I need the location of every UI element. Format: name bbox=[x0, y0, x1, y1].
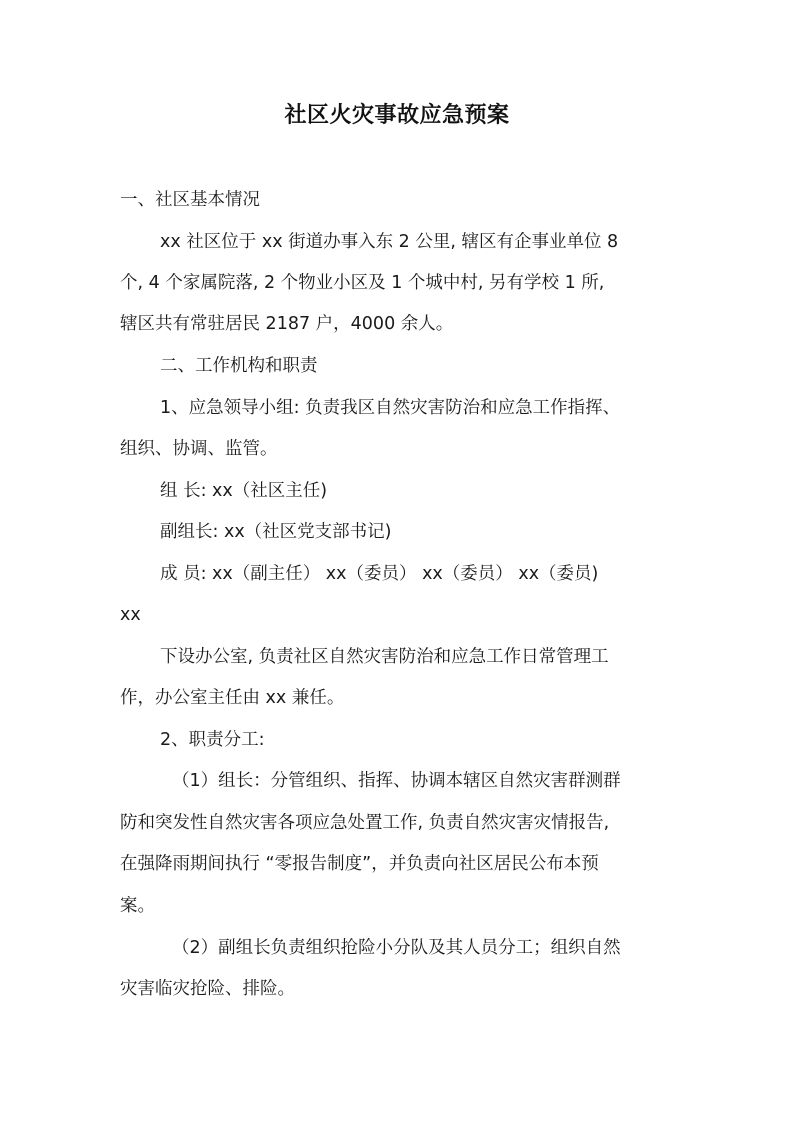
duty-item-2: （2）副组长负责组织抢险小分队及其人员分工；组织自然 bbox=[172, 936, 732, 960]
section-heading-basic-info: 一、社区基本情况 bbox=[120, 188, 680, 212]
paragraph-line: 防和突发性自然灾害各项应急处置工作, 负责自然灾害灾情报告, bbox=[120, 811, 680, 835]
members-line: 成 员: xx（副主任） xx（委员） xx（委员） xx（委员) bbox=[160, 562, 720, 586]
duty-item-1: （1）组长：分管组织、指挥、协调本辖区自然灾害群测群 bbox=[172, 769, 732, 793]
paragraph-line: 作，办公室主任由 xx 兼任。 bbox=[120, 686, 680, 710]
paragraph-line: 组织、协调、监管。 bbox=[120, 437, 680, 461]
document-page: 社区火灾事故应急预案 一、社区基本情况 xx 社区位于 xx 街道办事入东 2 … bbox=[0, 0, 794, 1123]
paragraph-line: 1、应急领导小组: 负责我区自然灾害防治和应急工作指挥、 bbox=[160, 396, 720, 420]
section-heading-organization: 二、工作机构和职责 bbox=[160, 354, 720, 378]
paragraph-line: 个, 4 个家属院落, 2 个物业小区及 1 个城中村, 另有学校 1 所, bbox=[120, 271, 680, 295]
members-line-continued: xx bbox=[120, 603, 680, 627]
paragraph-line: 下设办公室, 负责社区自然灾害防治和应急工作日常管理工 bbox=[160, 645, 720, 669]
subsection-heading-duties: 2、职责分工: bbox=[160, 728, 720, 752]
paragraph-line: 在强降雨期间执行 “零报告制度”，并负责向社区居民公布本预 bbox=[120, 852, 680, 876]
document-title: 社区火灾事故应急预案 bbox=[0, 98, 794, 129]
team-leader-line: 组 长: xx（社区主任) bbox=[160, 479, 720, 503]
paragraph-line: 灾害临灾抢险、排险。 bbox=[120, 977, 680, 1001]
deputy-leader-line: 副组长: xx（社区党支部书记) bbox=[160, 520, 720, 544]
paragraph-line: xx 社区位于 xx 街道办事入东 2 公里, 辖区有企事业单位 8 bbox=[160, 230, 720, 254]
paragraph-line: 案。 bbox=[120, 894, 680, 918]
paragraph-line: 辖区共有常驻居民 2187 户，4000 余人。 bbox=[120, 312, 680, 336]
